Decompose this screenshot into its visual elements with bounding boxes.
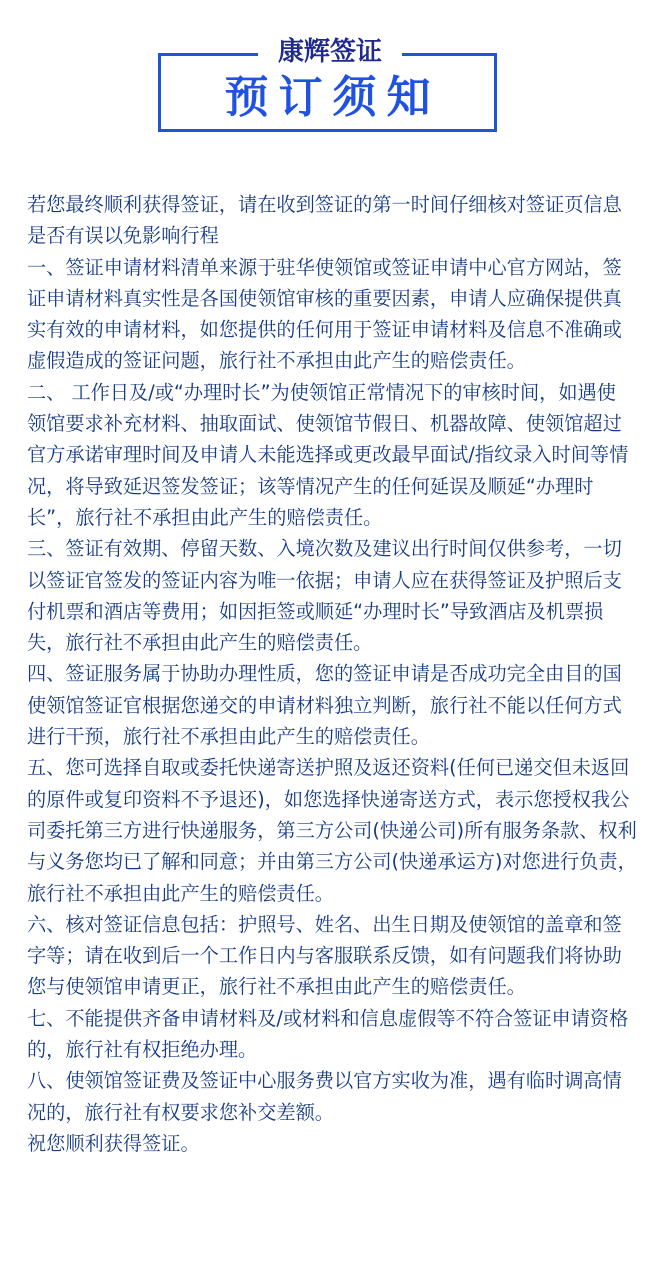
text-line: 实有效的申请材料，如您提供的任何用于签证申请材料及信息不准确或: [27, 314, 637, 345]
notice-item-6: 六、核对签证信息包括：护照号、姓名、出生日期及使领馆的盖章和签 字等；请在收到后…: [27, 909, 637, 1003]
text-line: 若您最终顺利获得签证，请在收到签证的第一时间仔细核对签证页信息: [27, 189, 637, 220]
intro-paragraph: 若您最终顺利获得签证，请在收到签证的第一时间仔细核对签证页信息 是否有误以免影响…: [27, 189, 637, 252]
text-line: 付机票和酒店等费用；如因拒签或顺延“办理时长”导致酒店及机票损: [27, 596, 637, 627]
text-line: 证申请材料真实性是各国使领馆审核的重要因素，申请人应确保提供真: [27, 283, 637, 314]
text-line: 祝您顺利获得签证。: [27, 1128, 637, 1159]
closing-line: 祝您顺利获得签证。: [27, 1128, 637, 1159]
text-line: 失，旅行社不承担由此产生的赔偿责任。: [27, 627, 637, 658]
text-line: 官方承诺审理时间及申请人未能选择或更改最早面试/指纹录入时间等情: [27, 439, 637, 470]
text-line: 三、签证有效期、停留天数、入境次数及建议出行时间仅供参考，一切: [27, 533, 637, 564]
text-line: 的，旅行社有权拒绝办理。: [27, 1034, 637, 1065]
text-line: 是否有误以免影响行程: [27, 220, 637, 251]
text-line: 字等；请在收到后一个工作日内与客服联系反馈，如有问题我们将协助: [27, 940, 637, 971]
text-line: 领馆要求补充材料、抽取面试、使领馆节假日、机器故障、使领馆超过: [27, 408, 637, 439]
notice-body: 若您最终顺利获得签证，请在收到签证的第一时间仔细核对签证页信息 是否有误以免影响…: [27, 189, 637, 1159]
text-line: 四、签证服务属于协助办理性质，您的签证申请是否成功完全由目的国: [27, 658, 637, 689]
notice-item-1: 一、签证申请材料清单来源于驻华使领馆或签证申请中心官方网站，签 证申请材料真实性…: [27, 252, 637, 377]
text-line: 您与使领馆申请更正，旅行社不承担由此产生的赔偿责任。: [27, 971, 637, 1002]
notice-item-3: 三、签证有效期、停留天数、入境次数及建议出行时间仅供参考，一切 以签证官签发的签…: [27, 533, 637, 658]
text-line: 一、签证申请材料清单来源于驻华使领馆或签证申请中心官方网站，签: [27, 252, 637, 283]
text-line: 六、核对签证信息包括：护照号、姓名、出生日期及使领馆的盖章和签: [27, 909, 637, 940]
text-line: 五、您可选择自取或委托快递寄送护照及返还资料(任何已递交但未返回: [27, 752, 637, 783]
text-line: 况，将导致延迟签发签证；该等情况产生的任何延误及顺延“办理时: [27, 471, 637, 502]
notice-item-5: 五、您可选择自取或委托快递寄送护照及返还资料(任何已递交但未返回 的原件或复印资…: [27, 752, 637, 908]
text-line: 司委托第三方进行快递服务，第三方公司(快递公司)所有服务条款、权利: [27, 815, 637, 846]
text-line: 与义务您均已了解和同意；并由第三方公司(快递承运方)对您进行负责，: [27, 846, 637, 877]
page-title: 预订须知: [158, 72, 497, 124]
notice-item-7: 七、不能提供齐备申请材料及/或材料和信息虚假等不符合签证申请资格 的，旅行社有权…: [27, 1003, 637, 1066]
text-line: 八、使领馆签证费及签证中心服务费以官方实收为准，遇有临时调高情: [27, 1065, 637, 1096]
text-line: 进行干预，旅行社不承担由此产生的赔偿责任。: [27, 721, 637, 752]
notice-item-2: 二、 工作日及/或“办理时长”为使领馆正常情况下的审核时间，如遇使 领馆要求补充…: [27, 377, 637, 533]
text-line: 二、 工作日及/或“办理时长”为使领馆正常情况下的审核时间，如遇使: [27, 377, 637, 408]
text-line: 旅行社不承担由此产生的赔偿责任。: [27, 878, 637, 909]
brand-name: 康辉签证: [258, 34, 402, 70]
text-line: 的原件或复印资料不予退还)，如您选择快递寄送方式，表示您授权我公: [27, 784, 637, 815]
text-line: 七、不能提供齐备申请材料及/或材料和信息虚假等不符合签证申请资格: [27, 1003, 637, 1034]
notice-item-4: 四、签证服务属于协助办理性质，您的签证申请是否成功完全由目的国 使领馆签证官根据…: [27, 658, 637, 752]
notice-item-8: 八、使领馆签证费及签证中心服务费以官方实收为准，遇有临时调高情 况的，旅行社有权…: [27, 1065, 637, 1128]
text-line: 况的，旅行社有权要求您补交差额。: [27, 1097, 637, 1128]
text-line: 使领馆签证官根据您递交的申请材料独立判断，旅行社不能以任何方式: [27, 690, 637, 721]
text-line: 以签证官签发的签证内容为唯一依据；申请人应在获得签证及护照后支: [27, 565, 637, 596]
text-line: 虚假造成的签证问题，旅行社不承担由此产生的赔偿责任。: [27, 345, 637, 376]
text-line: 长”，旅行社不承担由此产生的赔偿责任。: [27, 502, 637, 533]
notice-header: 康辉签证 预订须知: [0, 0, 660, 150]
